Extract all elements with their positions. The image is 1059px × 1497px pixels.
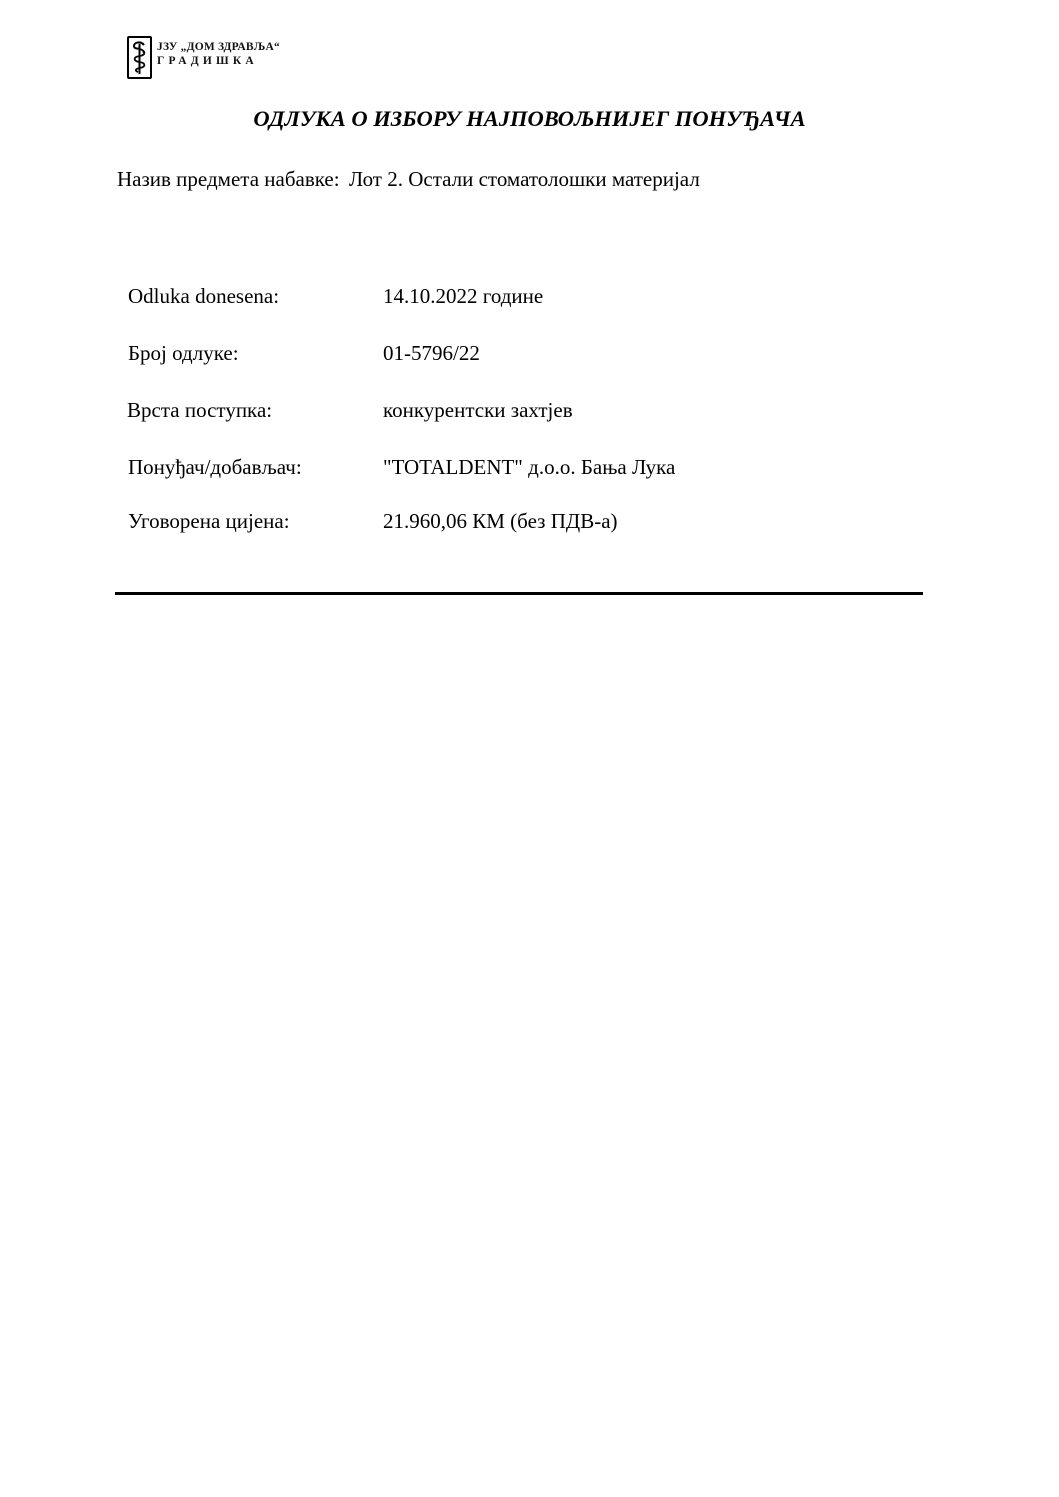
institution-name-line1: ЈЗУ „ДОМ ЗДРАВЉА“ [157,40,280,54]
institution-name: ЈЗУ „ДОМ ЗДРАВЉА“ ГРАДИШКА [157,40,280,68]
institution-logo: ЈЗУ „ДОМ ЗДРАВЉА“ ГРАДИШКА [127,36,280,79]
horizontal-divider [115,592,923,595]
field-value: 01-5796/22 [383,341,480,366]
field-value: 14.10.2022 године [383,284,543,309]
institution-name-line2: ГРАДИШКА [157,54,280,68]
field-value: конкурентски захтјев [383,398,573,423]
field-value: "TOTALDENT" д.о.о. Бања Лука [383,455,675,480]
procurement-subject: Назив предмета набавке: Лот 2. Остали ст… [117,167,700,192]
document-title: ОДЛУКА О ИЗБОРУ НАЈПОВОЉНИЈЕГ ПОНУЂАЧА [0,106,1059,132]
field-label: Odluka donesena: [128,284,279,309]
procurement-subject-value: Лот 2. Остали стоматолошки материјал [349,167,700,191]
field-value: 21.960,06 КМ (без ПДВ-а) [383,509,618,534]
field-label: Број одлуке: [128,341,239,366]
field-label: Уговорена цијена: [128,509,290,534]
field-label: Врста поступка: [127,398,272,423]
procurement-subject-label: Назив предмета набавке: [117,167,340,191]
field-label: Понуђач/добављач: [128,455,302,480]
rod-of-asclepius-icon [127,36,152,79]
document-title-text: ОДЛУКА О ИЗБОРУ НАЈПОВОЉНИЈЕГ ПОНУЂАЧА [253,106,805,132]
